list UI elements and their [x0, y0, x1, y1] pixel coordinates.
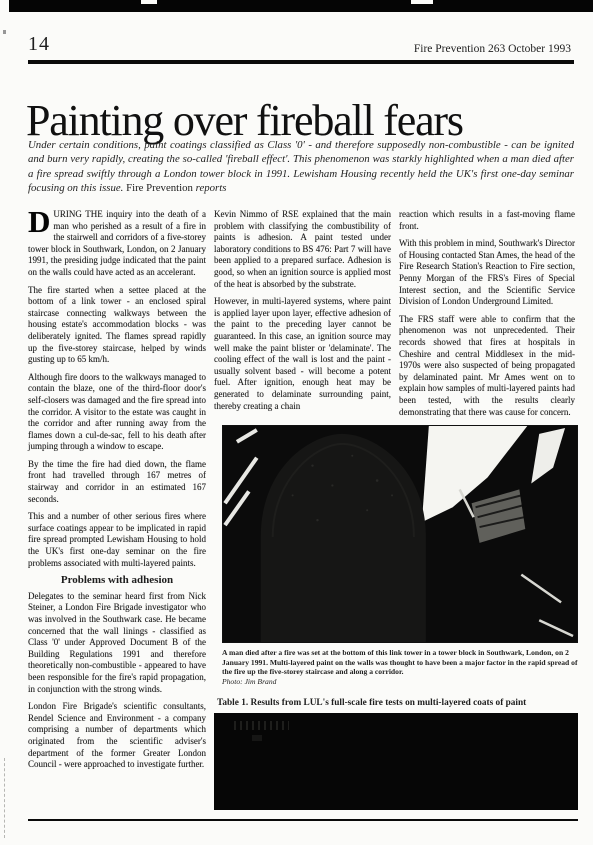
drop-cap: D — [28, 209, 53, 234]
paragraph: reaction which results in a fast-moving … — [399, 209, 575, 232]
scan-bar-notch — [411, 0, 433, 4]
paragraph-text: URING THE inquiry into the death of a ma… — [28, 209, 206, 277]
standfirst: Under certain conditions, paint coatings… — [28, 138, 574, 196]
scan-dot-artifact — [3, 30, 6, 34]
paragraph: However, in multi-layered systems, where… — [214, 296, 391, 412]
paragraph: The fire started when a settee placed at… — [28, 285, 206, 366]
table-heading: Table 1. Results from LUL's full-scale f… — [217, 698, 577, 708]
photo-link-tower — [222, 425, 578, 643]
body-column-2: Kevin Nimmo of RSE explained that the ma… — [214, 209, 391, 418]
paragraph: The FRS staff were able to confirm that … — [399, 314, 575, 418]
paragraph: London Fire Brigade's scientific consult… — [28, 701, 206, 771]
table-scan-illegible — [214, 713, 578, 810]
journal-issue-line: Fire Prevention 263 October 1993 — [414, 43, 571, 55]
page-bottom-rule — [28, 819, 578, 821]
body-column-3: reaction which results in a fast-moving … — [399, 209, 575, 424]
header-rule — [28, 60, 574, 64]
photo-caption: A man died after a fire was set at the b… — [222, 648, 580, 686]
paragraph: DURING THE inquiry into the death of a m… — [28, 209, 206, 279]
photo-credit: Photo: Jim Brand — [222, 677, 580, 687]
standfirst-reports-word: reports — [193, 182, 227, 194]
photo-caption-text: A man died after a fire was set at the b… — [222, 648, 578, 676]
scan-top-bar — [9, 0, 593, 12]
section-subhead: Problems with adhesion — [28, 575, 206, 587]
body-column-1: DURING THE inquiry into the death of a m… — [28, 209, 206, 777]
standfirst-text: Under certain conditions, paint coatings… — [28, 139, 574, 194]
scan-bar-notch — [141, 0, 157, 4]
standfirst-publication-name: Fire Prevention — [126, 182, 193, 194]
page-number: 14 — [28, 33, 50, 56]
paragraph: Delegates to the seminar heard first fro… — [28, 591, 206, 695]
paragraph: Although fire doors to the walkways mana… — [28, 372, 206, 453]
paragraph: Kevin Nimmo of RSE explained that the ma… — [214, 209, 391, 290]
scan-smudge — [234, 721, 289, 730]
scan-smudge — [252, 735, 262, 741]
magazine-page: 14 Fire Prevention 263 October 1993 Pain… — [0, 0, 593, 845]
paragraph: This and a number of other serious fires… — [28, 511, 206, 569]
photo-link-tower-image — [223, 426, 577, 642]
scan-edge-artifact — [4, 758, 5, 838]
paragraph: With this problem in mind, Southwark's D… — [399, 238, 575, 308]
paragraph: By the time the fire had died down, the … — [28, 459, 206, 505]
